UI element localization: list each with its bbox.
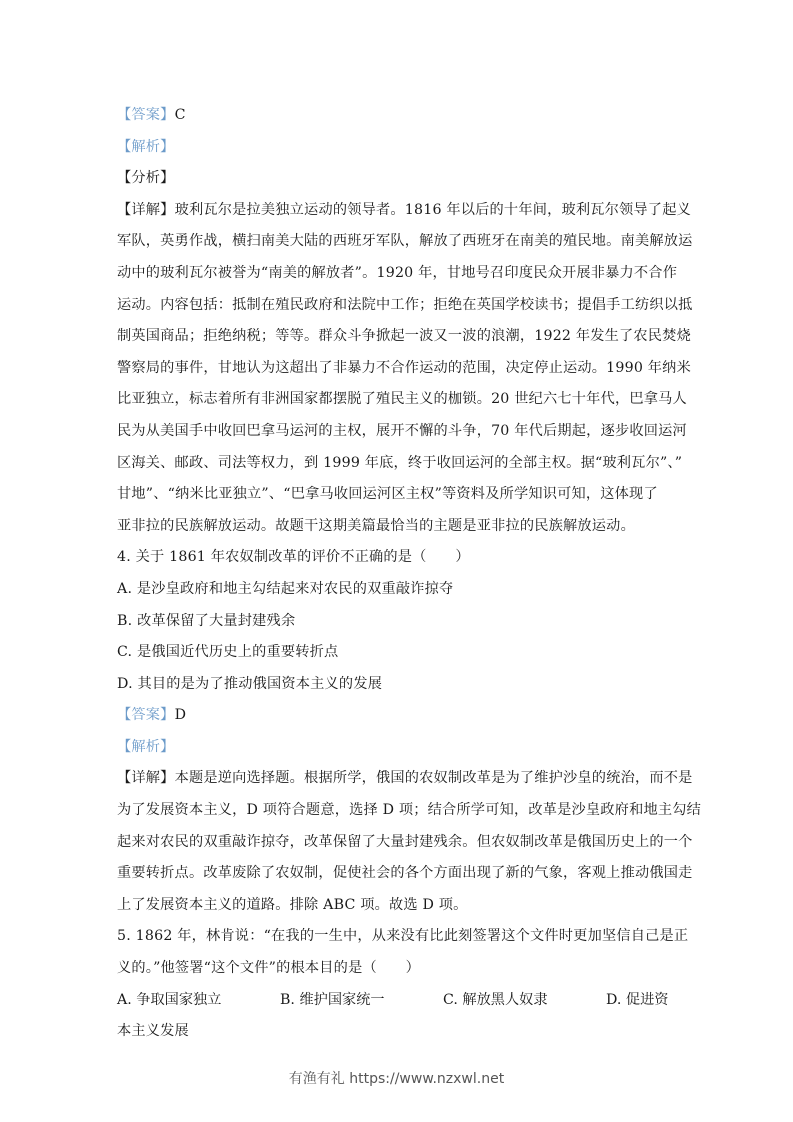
detail-row: 民为从美国手中收回巴拿马运河的主权，展开不懈的斗争，70 年代后期起，逐步收回运… bbox=[117, 416, 677, 448]
q5-stem-line-1: 5. 1862 年，林肯说：“在我的一生中，从来没有比此刻签署这个文件时更加坚信… bbox=[117, 921, 677, 953]
option-letter: D. bbox=[606, 992, 621, 1008]
q4-stem: 4. 关于 1861 年农奴制改革的评价不正确的是（ ） bbox=[117, 542, 677, 574]
detail-row: 【详解】本题是逆向选择题。根据所学，俄国的农奴制改革是为了维护沙皇的统治，而不是 bbox=[117, 763, 677, 795]
q3-detail-paragraph: 【详解】玻利瓦尔是拉美独立运动的领导者。1816 年以后的十年间，玻利瓦尔领导了… bbox=[117, 195, 677, 543]
option-text: 是沙皇政府和地主勾结起来对农民的双重敲诈掠夺 bbox=[137, 581, 454, 597]
q5-option-c: C. 解放黑人奴隶 bbox=[443, 985, 606, 1017]
detail-row: 军队，英勇作战，横扫南美大陆的西班牙军队，解放了西班牙在南美的殖民地。南美解放运 bbox=[117, 226, 677, 258]
q5-option-d-continuation: 本主义发展 bbox=[117, 1016, 677, 1048]
option-text: 改革保留了大量封建残余 bbox=[137, 613, 295, 629]
option-text: 是俄国近代历史上的重要转折点 bbox=[137, 644, 338, 660]
q4-option-c: C. 是俄国近代历史上的重要转折点 bbox=[117, 637, 677, 669]
option-text: 其目的是为了推动俄国资本主义的发展 bbox=[138, 676, 383, 692]
detail-row: 上了发展资本主义的道路。排除 ABC 项。故选 D 项。 bbox=[117, 890, 677, 922]
q5-option-b: B. 维护国家统一 bbox=[280, 985, 443, 1017]
answer-value: D bbox=[175, 707, 187, 723]
option-letter: B. bbox=[280, 992, 295, 1008]
answer-label: 【答案】 bbox=[117, 107, 175, 123]
answer-value: C bbox=[175, 107, 186, 123]
q5-options-row: A. 争取国家独立 B. 维护国家统一 C. 解放黑人奴隶 D. 促进资 bbox=[117, 985, 677, 1017]
option-text: 争取国家独立 bbox=[136, 992, 221, 1008]
detail-row: 亚非拉的民族解放运动。故题干这期美篇最恰当的主题是亚非拉的民族解放运动。 bbox=[117, 511, 677, 543]
analysis-label: 【解析】 bbox=[117, 739, 175, 755]
q5-option-d: D. 促进资 bbox=[606, 985, 677, 1017]
q4-analysis-line: 【解析】 bbox=[117, 732, 677, 764]
option-letter: C. bbox=[117, 644, 132, 660]
option-text: 维护国家统一 bbox=[299, 992, 384, 1008]
detail-text: 玻利瓦尔是拉美独立运动的领导者。1816 年以后的十年间，玻利瓦尔领导了起义 bbox=[175, 202, 691, 218]
q5-option-a: A. 争取国家独立 bbox=[117, 985, 280, 1017]
detail-row: 运动。内容包括：抵制在殖民政府和法院中工作；拒绝在英国学校读书；提倡手工纺织以抵 bbox=[117, 290, 677, 322]
footer-watermark: 有渔有礼 https://www.nzxwl.net bbox=[0, 1068, 793, 1088]
q4-option-a: A. 是沙皇政府和地主勾结起来对农民的双重敲诈掠夺 bbox=[117, 574, 677, 606]
detail-row: 制英国商品；拒绝纳税；等等。群众斗争掀起一波又一波的浪潮，1922 年发生了农民… bbox=[117, 321, 677, 353]
detail-row: 重要转折点。改革废除了农奴制，促使社会的各个方面出现了新的气象，客观上推动俄国走 bbox=[117, 858, 677, 890]
q4-detail-paragraph: 【详解】本题是逆向选择题。根据所学，俄国的农奴制改革是为了维护沙皇的统治，而不是… bbox=[117, 763, 677, 921]
option-letter: D. bbox=[117, 676, 133, 692]
analysis-label: 【解析】 bbox=[117, 139, 175, 155]
q3-fenxi-line: 【分析】 bbox=[117, 163, 677, 195]
detail-row: 比亚独立，标志着所有非洲国家都摆脱了殖民主义的枷锁。20 世纪六七十年代，巴拿马… bbox=[117, 384, 677, 416]
option-text: 解放黑人奴隶 bbox=[462, 992, 547, 1008]
fenxi-label: 【分析】 bbox=[117, 170, 175, 186]
detail-row: 甘地”、“纳米比亚独立”、“巴拿马收回运河区主权”等资料及所学知识可知，这体现了 bbox=[117, 479, 677, 511]
q4-option-d: D. 其目的是为了推动俄国资本主义的发展 bbox=[117, 669, 677, 701]
detail-row: 【详解】玻利瓦尔是拉美独立运动的领导者。1816 年以后的十年间，玻利瓦尔领导了… bbox=[117, 195, 677, 227]
option-letter: A. bbox=[117, 581, 132, 597]
detail-label: 【详解】 bbox=[117, 202, 175, 218]
option-letter: A. bbox=[117, 992, 132, 1008]
option-letter: B. bbox=[117, 613, 132, 629]
detail-label: 【详解】 bbox=[117, 770, 175, 786]
q4-option-b: B. 改革保留了大量封建残余 bbox=[117, 606, 677, 638]
option-text: 促进资 bbox=[626, 992, 669, 1008]
q4-answer-line: 【答案】D bbox=[117, 700, 677, 732]
option-letter: C. bbox=[443, 992, 458, 1008]
document-page: 【答案】C 【解析】 【分析】 【详解】玻利瓦尔是拉美独立运动的领导者。1816… bbox=[117, 100, 677, 1048]
detail-row: 警察局的事件，甘地认为这超出了非暴力不合作运动的范围，决定停止运动。1990 年… bbox=[117, 353, 677, 385]
detail-row: 起来对农民的双重敲诈掠夺，改革保留了大量封建残余。但农奴制改革是俄国历史上的一个 bbox=[117, 827, 677, 859]
q5-stem-line-2: 义的。”他签署“这个文件”的根本目的是（ ） bbox=[117, 953, 677, 985]
detail-text: 本题是逆向选择题。根据所学，俄国的农奴制改革是为了维护沙皇的统治，而不是 bbox=[175, 770, 693, 786]
q3-analysis-line: 【解析】 bbox=[117, 132, 677, 164]
answer-label: 【答案】 bbox=[117, 707, 175, 723]
detail-row: 动中的玻利瓦尔被誉为“南美的解放者”。1920 年，甘地号召印度民众开展非暴力不… bbox=[117, 258, 677, 290]
detail-row: 为了发展资本主义，D 项符合题意，选择 D 项；结合所学可知，改革是沙皇政府和地… bbox=[117, 795, 677, 827]
detail-row: 区海关、邮政、司法等权力，到 1999 年底，终于收回运河的全部主权。据“玻利瓦… bbox=[117, 448, 677, 480]
q3-answer-line: 【答案】C bbox=[117, 100, 677, 132]
